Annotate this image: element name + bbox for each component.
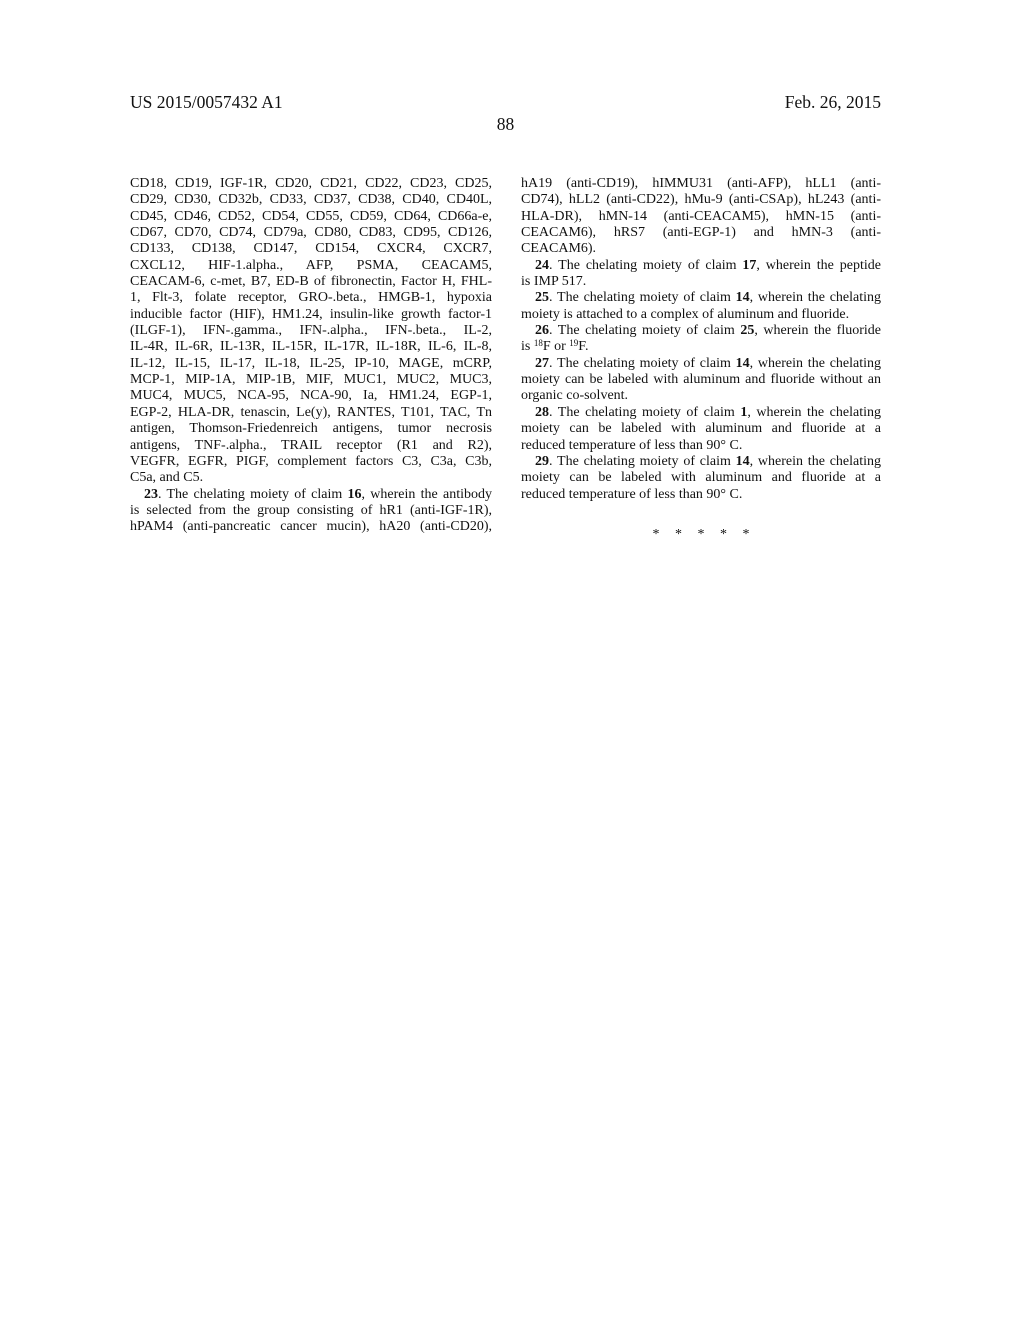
claim-text: is selected from the group consisting of…: [130, 503, 492, 518]
claim-number: 25: [740, 323, 754, 338]
claim-text: CD133, CD138, CD147, CD154, CXCR4, CXCR7…: [130, 241, 492, 256]
text-line: IL-12, IL-15, IL-17, IL-18, IL-25, IP-10…: [130, 356, 492, 372]
claim-number: 17: [742, 258, 756, 273]
claim-text: CD29, CD30, CD32b, CD33, CD37, CD38, CD4…: [130, 192, 492, 207]
claim-number: 16: [348, 487, 362, 502]
text-line: 25. The chelating moiety of claim 14, wh…: [521, 290, 881, 306]
text-line: MUC4, MUC5, NCA-95, NCA-90, Ia, HM1.24, …: [130, 388, 492, 404]
text-line: MCP-1, MIP-1A, MIP-1B, MIF, MUC1, MUC2, …: [130, 372, 492, 388]
claim-number: 29: [535, 454, 549, 469]
claim-text: , wherein the chelating: [750, 356, 881, 371]
text-line: CEACAM6).: [521, 241, 881, 257]
text-line: C5a, and C5.: [130, 470, 492, 486]
claim-text: IL-12, IL-15, IL-17, IL-18, IL-25, IP-10…: [130, 356, 492, 371]
claim-text: is: [521, 339, 534, 354]
claim-number: 26: [535, 323, 549, 338]
text-line: IL-4R, IL-6R, IL-13R, IL-15R, IL-17R, IL…: [130, 339, 492, 355]
claim-text: , wherein the antibody: [362, 487, 492, 502]
claim-text: moiety is attached to a complex of alumi…: [521, 307, 849, 322]
claim-text: . The chelating moiety of claim: [549, 405, 740, 420]
text-line: CD67, CD70, CD74, CD79a, CD80, CD83, CD9…: [130, 225, 492, 241]
claim-text: VEGFR, EGFR, PIGF, complement factors C3…: [130, 454, 492, 469]
claim-text: CEACAM6).: [521, 241, 596, 256]
claim-text: reduced temperature of less than 90° C.: [521, 438, 742, 453]
claim-text: CEACAM-6, c-met, B7, ED-B of fibronectin…: [130, 274, 492, 289]
text-line: moiety can be labeled with aluminum and …: [521, 372, 881, 388]
claim-number: 14: [736, 454, 750, 469]
claim-text: CEACAM6), hRS7 (anti-EGP-1) and hMN-3 (a…: [521, 225, 881, 240]
page-header: US 2015/0057432 A1 Feb. 26, 2015: [130, 93, 881, 112]
claim-number: 14: [736, 290, 750, 305]
claim-text: reduced temperature of less than 90° C.: [521, 487, 742, 502]
text-line: CD29, CD30, CD32b, CD33, CD37, CD38, CD4…: [130, 192, 492, 208]
text-line: 23. The chelating moiety of claim 16, wh…: [130, 487, 492, 503]
text-line: 24. The chelating moiety of claim 17, wh…: [521, 258, 881, 274]
claim-text: hA19 (anti-CD19), hIMMU31 (anti-AFP), hL…: [521, 176, 881, 191]
text-line: 29. The chelating moiety of claim 14, wh…: [521, 454, 881, 470]
claim-text: hPAM4 (anti-pancreatic cancer mucin), hA…: [130, 519, 492, 534]
text-line: CXCL12, HIF-1.alpha., AFP, PSMA, CEACAM5…: [130, 258, 492, 274]
text-line: moiety can be labeled with aluminum and …: [521, 470, 881, 486]
superscript-isotope: 19: [569, 338, 578, 348]
claim-text: MUC4, MUC5, NCA-95, NCA-90, Ia, HM1.24, …: [130, 388, 492, 403]
claim-number: 24: [535, 258, 549, 273]
claim-text: moiety can be labeled with aluminum and …: [521, 470, 881, 485]
claim-text: F.: [578, 339, 588, 354]
claim-text: moiety can be labeled with aluminum and …: [521, 372, 881, 387]
claim-text: , wherein the chelating: [750, 454, 881, 469]
text-line: CD133, CD138, CD147, CD154, CXCR4, CXCR7…: [130, 241, 492, 257]
text-line: CD74), hLL2 (anti-CD22), hMu-9 (anti-CSA…: [521, 192, 881, 208]
claim-text: . The chelating moiety of claim: [549, 290, 736, 305]
text-line: hPAM4 (anti-pancreatic cancer mucin), hA…: [130, 519, 492, 535]
text-line: CEACAM6), hRS7 (anti-EGP-1) and hMN-3 (a…: [521, 225, 881, 241]
claim-text: CD45, CD46, CD52, CD54, CD55, CD59, CD64…: [130, 209, 492, 224]
text-line: 1, Flt-3, folate receptor, GRO-.beta., H…: [130, 290, 492, 306]
text-line: reduced temperature of less than 90° C.: [521, 487, 881, 503]
claim-number: 28: [535, 405, 549, 420]
claim-text: . The chelating moiety of claim: [549, 258, 742, 273]
claim-text: (ILGF-1), IFN-.gamma., IFN-.alpha., IFN-…: [130, 323, 492, 338]
claim-text: . The chelating moiety of claim: [158, 487, 348, 502]
claim-text: HLA-DR), hMN-14 (anti-CEACAM5), hMN-15 (…: [521, 209, 881, 224]
text-line: HLA-DR), hMN-14 (anti-CEACAM5), hMN-15 (…: [521, 209, 881, 225]
claim-number: 23: [144, 487, 158, 502]
claim-text: inducible factor (HIF), HM1.24, insulin-…: [130, 307, 492, 322]
text-line: CD45, CD46, CD52, CD54, CD55, CD59, CD64…: [130, 209, 492, 225]
text-line: 28. The chelating moiety of claim 1, whe…: [521, 405, 881, 421]
claims-text-body: CD18, CD19, IGF-1R, CD20, CD21, CD22, CD…: [130, 176, 881, 543]
text-line: hA19 (anti-CD19), hIMMU31 (anti-AFP), hL…: [521, 176, 881, 192]
superscript-isotope: 18: [534, 338, 543, 348]
claim-text: C5a, and C5.: [130, 470, 203, 485]
text-line: antigens, TNF-.alpha., TRAIL receptor (R…: [130, 438, 492, 454]
claim-text: antigens, TNF-.alpha., TRAIL receptor (R…: [130, 438, 492, 453]
text-line: (ILGF-1), IFN-.gamma., IFN-.alpha., IFN-…: [130, 323, 492, 339]
text-line: is 18F or 19F.: [521, 339, 881, 355]
claim-text: CD18, CD19, IGF-1R, CD20, CD21, CD22, CD…: [130, 176, 492, 191]
page-number: 88: [130, 114, 881, 134]
text-line: 26. The chelating moiety of claim 25, wh…: [521, 323, 881, 339]
claim-text: . The chelating moiety of claim: [549, 323, 740, 338]
claim-number: 14: [736, 356, 750, 371]
patent-page: US 2015/0057432 A1 Feb. 26, 2015 88 CD18…: [0, 0, 1024, 1320]
text-line: EGP-2, HLA-DR, tenascin, Le(y), RANTES, …: [130, 405, 492, 421]
claim-text: . The chelating moiety of claim: [549, 356, 736, 371]
claim-text: , wherein the fluoride: [754, 323, 881, 338]
publication-date: Feb. 26, 2015: [785, 93, 881, 112]
text-line: reduced temperature of less than 90° C.: [521, 438, 881, 454]
claim-number: 25: [535, 290, 549, 305]
claim-text: organic co-solvent.: [521, 388, 628, 403]
claim-text: IL-4R, IL-6R, IL-13R, IL-15R, IL-17R, IL…: [130, 339, 492, 354]
claim-text: moiety can be labeled with aluminum and …: [521, 421, 881, 436]
text-line: antigen, Thomson-Friedenreich antigens, …: [130, 421, 492, 437]
text-line: moiety is attached to a complex of alumi…: [521, 307, 881, 323]
claims-end-separator: * * * * *: [521, 527, 881, 543]
text-line: CD18, CD19, IGF-1R, CD20, CD21, CD22, CD…: [130, 176, 492, 192]
claim-text: . The chelating moiety of claim: [549, 454, 736, 469]
claim-text: EGP-2, HLA-DR, tenascin, Le(y), RANTES, …: [130, 405, 492, 420]
claim-number: 27: [535, 356, 549, 371]
claim-text: CD74), hLL2 (anti-CD22), hMu-9 (anti-CSA…: [521, 192, 881, 207]
claim-text: CD67, CD70, CD74, CD79a, CD80, CD83, CD9…: [130, 225, 492, 240]
claim-text: , wherein the chelating: [750, 290, 881, 305]
text-line: VEGFR, EGFR, PIGF, complement factors C3…: [130, 454, 492, 470]
text-line: CEACAM-6, c-met, B7, ED-B of fibronectin…: [130, 274, 492, 290]
left-column: CD18, CD19, IGF-1R, CD20, CD21, CD22, CD…: [130, 176, 492, 543]
claim-text: , wherein the peptide: [756, 258, 881, 273]
text-line: 27. The chelating moiety of claim 14, wh…: [521, 356, 881, 372]
claim-text: F or: [543, 339, 569, 354]
claim-text: , wherein the chelating: [747, 405, 881, 420]
claim-text: antigen, Thomson-Friedenreich antigens, …: [130, 421, 492, 436]
claim-text: MCP-1, MIP-1A, MIP-1B, MIF, MUC1, MUC2, …: [130, 372, 492, 387]
publication-number: US 2015/0057432 A1: [130, 93, 283, 112]
claim-text: 1, Flt-3, folate receptor, GRO-.beta., H…: [130, 290, 492, 305]
text-line: moiety can be labeled with aluminum and …: [521, 421, 881, 437]
text-line: organic co-solvent.: [521, 388, 881, 404]
claim-text: CXCL12, HIF-1.alpha., AFP, PSMA, CEACAM5…: [130, 258, 492, 273]
claim-text: is IMP 517.: [521, 274, 586, 289]
text-line: inducible factor (HIF), HM1.24, insulin-…: [130, 307, 492, 323]
right-column: hA19 (anti-CD19), hIMMU31 (anti-AFP), hL…: [521, 176, 881, 543]
text-line: is IMP 517.: [521, 274, 881, 290]
text-line: is selected from the group consisting of…: [130, 503, 492, 519]
